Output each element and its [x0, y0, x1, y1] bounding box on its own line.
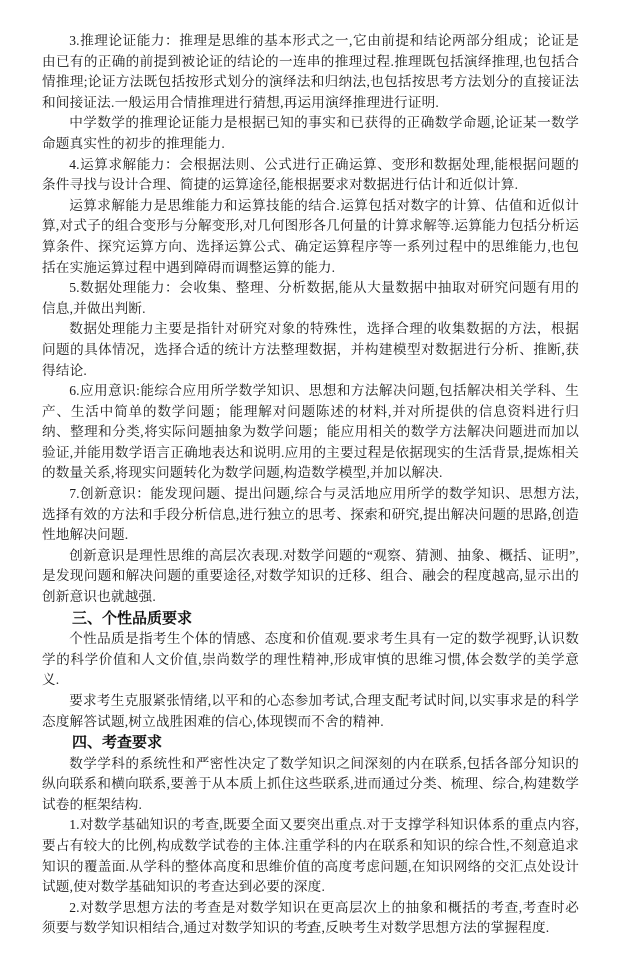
paragraph-reasoning-definition: 中学数学的推理论证能力是根据已知的事实和已获得的正确数学命题,论证某一数学命题真…: [42, 113, 579, 154]
paragraph-exam-structure: 数学学科的系统性和严密性决定了数学知识之间深刻的内在联系,包括各部分知识的纵向联…: [42, 754, 579, 816]
paragraph-computation-ability: 4.运算求解能力：会根据法则、公式进行正确运算、变形和数据处理,能根据问题的条件…: [42, 155, 579, 196]
paragraph-reasoning-ability: 3.推理论证能力：推理是思维的基本形式之一,它由前提和结论两部分组成；论证是由已…: [42, 31, 579, 113]
paragraph-innovation-detail: 创新意识是理性思维的高层次表现.对数学问题的“观察、猜测、抽象、概括、证明”,是…: [42, 546, 579, 608]
paragraph-data-processing-ability: 5.数据处理能力：会收集、整理、分析数据,能从大量数据中抽取对研究问题有用的信息…: [42, 278, 579, 319]
paragraph-computation-definition: 运算求解能力是思维能力和运算技能的结合.运算包括对数字的计算、估值和近似计算,对…: [42, 196, 579, 278]
document-page: 3.推理论证能力：推理是思维的基本形式之一,它由前提和结论两部分组成；论证是由已…: [0, 0, 620, 961]
section-heading-personality: 三、个性品质要求: [42, 608, 579, 630]
paragraph-personality-requirements: 要求考生克服紧张情绪,以平和的心态参加考试,合理支配考试时间,以实事求是的科学态…: [42, 691, 579, 732]
paragraph-innovation-awareness: 7.创新意识：能发现问题、提出问题,综合与灵活地应用所学的数学知识、思想方法,选…: [42, 484, 579, 546]
paragraph-personality-definition: 个性品质是指考生个体的情感、态度和价值观.要求考生具有一定的数学视野,认识数学的…: [42, 629, 579, 691]
paragraph-exam-basics: 1.对数学基础知识的考查,既要全面又要突出重点.对于支撑学科知识体系的重点内容,…: [42, 815, 579, 897]
section-heading-examination: 四、考查要求: [42, 732, 579, 754]
body-text: 3.推理论证能力：推理是思维的基本形式之一,它由前提和结论两部分组成；论证是由已…: [42, 31, 579, 939]
paragraph-application-awareness: 6.应用意识:能综合应用所学数学知识、思想和方法解决问题,包括解决相关学科、生产…: [42, 381, 579, 484]
page-number: 2: [0, 921, 620, 937]
paragraph-data-processing-detail: 数据处理能力主要是指针对研究对象的特殊性，选择合理的收集数据的方法，根据问题的具…: [42, 319, 579, 381]
